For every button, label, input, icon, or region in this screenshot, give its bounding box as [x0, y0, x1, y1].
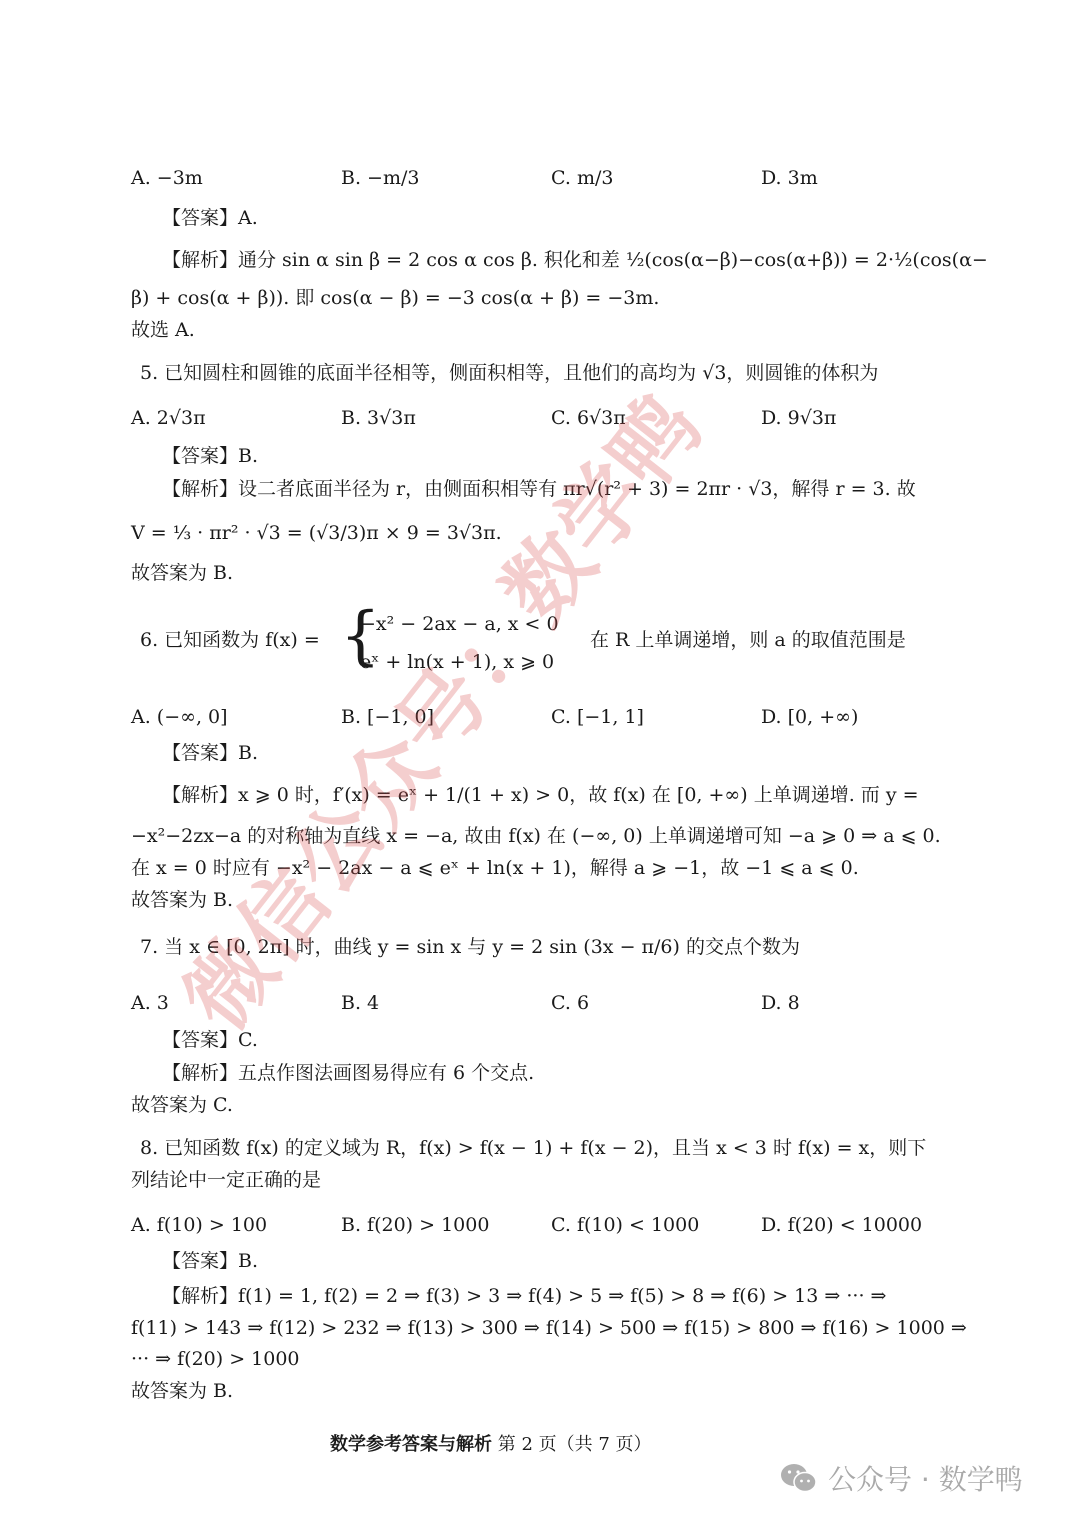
q4-option-b: B. −m/3 [341, 166, 419, 190]
q6-stem-prefix: 6. 已知函数为 f(x) = [140, 628, 320, 652]
q4-option-d: D. 3m [761, 166, 818, 190]
q6-stem-suffix: 在 R 上单调递增，则 a 的取值范围是 [590, 628, 906, 652]
q8-option-d: D. f(20) < 10000 [761, 1213, 922, 1237]
document-page: A. −3m B. −m/3 C. m/3 D. 3m 【答案】A. 【解析】通… [0, 0, 1080, 1528]
q8-stem-line-1: 8. 已知函数 f(x) 的定义域为 R，f(x) > f(x − 1) + f… [140, 1136, 926, 1160]
q8-stem-line-2: 列结论中一定正确的是 [131, 1168, 321, 1192]
q4-analysis-line-1: 【解析】通分 sin α sin β = 2 cos α cos β. 积化和差… [162, 248, 988, 272]
q8-analysis-line-1: 【解析】f(1) = 1, f(2) = 2 ⇒ f(3) > 3 ⇒ f(4)… [162, 1284, 886, 1308]
q6-option-c: C. [−1, 1] [551, 705, 644, 729]
q8-option-c: C. f(10) < 1000 [551, 1213, 699, 1237]
page-footer: 数学参考答案与解析 第 2 页（共 7 页） [330, 1430, 652, 1456]
q5-option-d: D. 9√3π [761, 406, 836, 430]
q4-conclusion: 故选 A. [131, 318, 195, 342]
q7-option-b: B. 4 [341, 991, 379, 1015]
q4-answer: 【答案】A. [162, 206, 258, 230]
q7-option-d: D. 8 [761, 991, 800, 1015]
q4-option-a: A. −3m [131, 166, 203, 190]
q7-conclusion: 故答案为 C. [131, 1093, 233, 1117]
q5-analysis-line-2: V = ⅓ · πr² · √3 = (√3/3)π × 9 = 3√3π. [131, 521, 502, 545]
q8-option-b: B. f(20) > 1000 [341, 1213, 489, 1237]
q8-analysis-line-2: f(11) > 143 ⇒ f(12) > 232 ⇒ f(13) > 300 … [131, 1316, 967, 1340]
q5-option-b: B. 3√3π [341, 406, 416, 430]
q6-option-a: A. (−∞, 0] [131, 705, 228, 729]
q8-option-a: A. f(10) > 100 [131, 1213, 267, 1237]
q7-option-a: A. 3 [131, 991, 169, 1015]
q7-option-c: C. 6 [551, 991, 589, 1015]
footer-page-number: 第 2 页（共 7 页） [498, 1434, 652, 1455]
q6-analysis-line-1: 【解析】x ⩾ 0 时，f′(x) = eˣ + 1/(1 + x) > 0，故… [162, 783, 919, 807]
q6-option-d: D. [0, +∞) [761, 705, 858, 729]
footer-title: 数学参考答案与解析 [330, 1434, 492, 1455]
q6-answer: 【答案】B. [162, 741, 258, 765]
q5-stem: 5. 已知圆柱和圆锥的底面半径相等，侧面积相等，且他们的高均为 √3，则圆锥的体… [140, 361, 878, 385]
q4-analysis-line-2: β) + cos(α + β)). 即 cos(α − β) = −3 cos(… [131, 286, 659, 310]
q5-conclusion: 故答案为 B. [131, 561, 233, 585]
q8-analysis-line-3: ··· ⇒ f(20) > 1000 [131, 1347, 300, 1371]
q8-answer: 【答案】B. [162, 1249, 258, 1273]
q5-option-a: A. 2√3π [131, 406, 206, 430]
q4-option-c: C. m/3 [551, 166, 613, 190]
q7-analysis-line-1: 【解析】五点作图法画图易得应有 6 个交点. [162, 1061, 534, 1085]
q5-answer: 【答案】B. [162, 444, 258, 468]
wechat-brand: 公众号 · 数学鸭 [780, 1458, 1023, 1498]
q8-conclusion: 故答案为 B. [131, 1379, 233, 1403]
wechat-icon [780, 1462, 818, 1494]
brand-text: 公众号 · 数学鸭 [828, 1458, 1023, 1498]
